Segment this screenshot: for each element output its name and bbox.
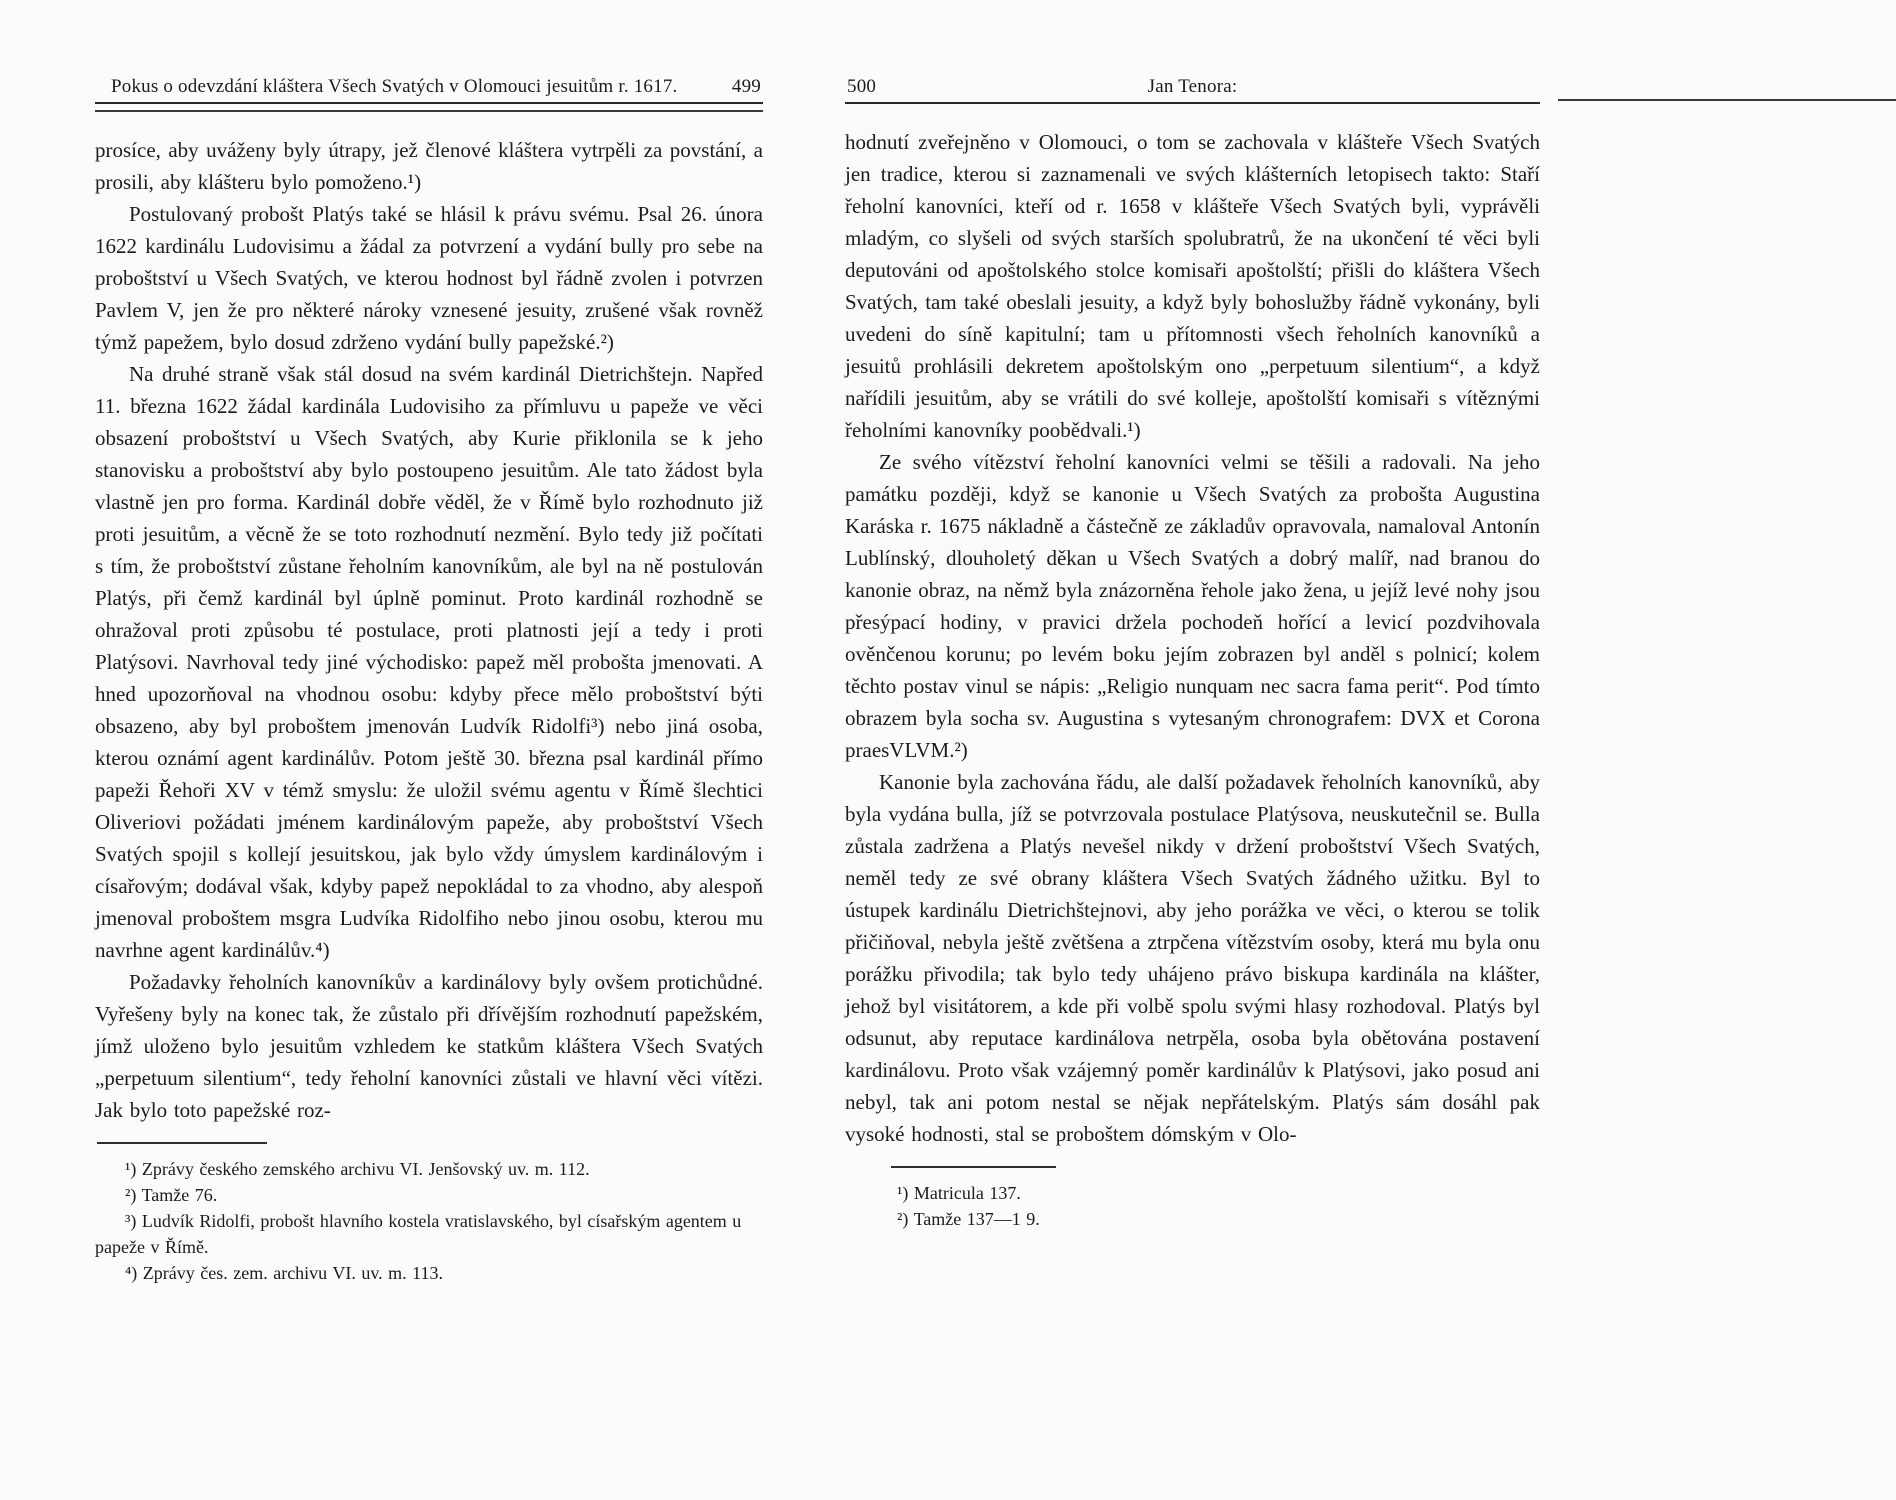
left-page-header: Pokus o odevzdání kláštera Všech Svatých…: [95, 76, 763, 102]
paragraph: Kanonie byla zachována řádu, ale další p…: [845, 766, 1540, 1150]
footnote: ⁴) Zprávy čes. zem. archivu VI. uv. m. 1…: [95, 1260, 763, 1286]
right-page-footnotes: ¹) Matricula 137. ²) Tamže 137—1 9.: [845, 1180, 1540, 1232]
footnote-separator: [97, 1142, 267, 1144]
scan-edge-rule: [1558, 99, 1896, 101]
page-number: 499: [732, 76, 761, 98]
left-page: Pokus o odevzdání kláštera Všech Svatých…: [95, 76, 763, 1286]
right-page-header: 500 Jan Tenora:: [845, 76, 1540, 102]
paragraph: prosíce, aby uváženy byly útrapy, jež čl…: [95, 134, 763, 198]
footnote: ²) Tamže 137—1 9.: [845, 1206, 1540, 1232]
footnote: ¹) Zprávy českého zemského archivu VI. J…: [95, 1156, 763, 1182]
footnote: ¹) Matricula 137.: [845, 1180, 1540, 1206]
running-title: Pokus o odevzdání kláštera Všech Svatých…: [97, 76, 732, 98]
right-page: 500 Jan Tenora: hodnutí zveřejněno v Olo…: [845, 76, 1540, 1232]
paragraph: Postulovaný probošt Platýs také se hlási…: [95, 198, 763, 358]
header-rule: [95, 102, 763, 112]
right-page-body: hodnutí zveřejněno v Olomouci, o tom se …: [845, 126, 1540, 1150]
footnote-separator: [891, 1166, 1056, 1168]
footnote: ²) Tamže 76.: [95, 1182, 763, 1208]
paragraph: hodnutí zveřejněno v Olomouci, o tom se …: [845, 126, 1540, 446]
footnote: ³) Ludvík Ridolfi, probošt hlavního kost…: [95, 1208, 763, 1260]
paragraph: Ze svého vítězství řeholní kanovníci vel…: [845, 446, 1540, 766]
paragraph: Na druhé straně však stál dosud na svém …: [95, 358, 763, 966]
left-page-footnotes: ¹) Zprávy českého zemského archivu VI. J…: [95, 1156, 763, 1286]
left-page-body: prosíce, aby uváženy byly útrapy, jež čl…: [95, 134, 763, 1126]
header-rule: [845, 102, 1540, 104]
paragraph: Požadavky řeholních kanovníkův a kardiná…: [95, 966, 763, 1126]
running-title: Jan Tenora:: [845, 76, 1540, 98]
